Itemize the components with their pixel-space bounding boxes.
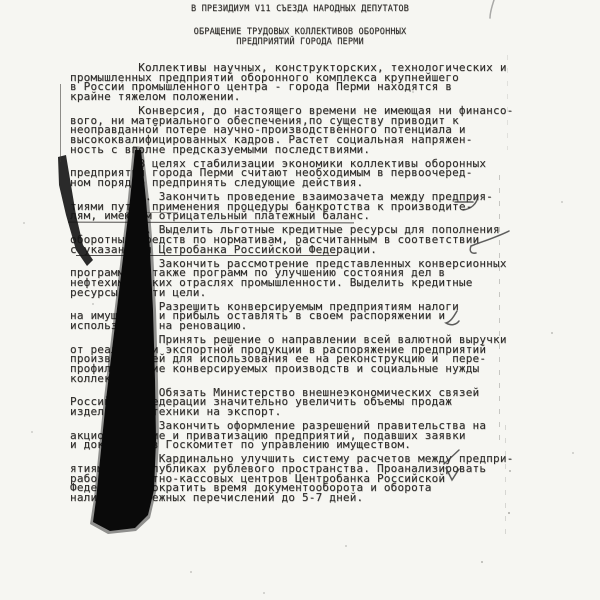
paragraph-item-1: 1. Закончить проведение взаимозачета меж…: [70, 192, 600, 221]
paragraph-item-4: 4. Разрешить конверсируемым предприятиям…: [70, 302, 600, 331]
paragraph-intro-3: В целях стабилизации экономики коллектив…: [70, 159, 600, 188]
paragraph-item-3: 3. Закончить рассмотрение представленных…: [70, 259, 600, 298]
document-body: Коллективы научных, конструкторских, тех…: [0, 63, 600, 507]
paragraph-intro-2: Конверсия, до настоящего времени не имею…: [70, 106, 600, 155]
paragraph-intro-1: Коллективы научных, конструкторских, тех…: [70, 63, 600, 102]
paragraph-item-6: 6. Обязать Министерство внешнеэкономичес…: [70, 388, 600, 417]
page-subtitle-line2: ПРЕДПРИЯТИЙ ГОРОДА ПЕРМИ: [0, 38, 600, 48]
paragraph-item-7: 7. Закончить оформление разрешений прави…: [70, 421, 600, 450]
paragraph-item-5: 5. Принять решение о направлении всей ва…: [70, 335, 600, 384]
page-title: В ПРЕЗИДИУМ V11 СЪЕЗДА НАРОДНЫХ ДЕПУТАТО…: [0, 5, 600, 15]
paragraph-item-2: 2. Выделить льготные кредитные ресурсы д…: [70, 225, 600, 254]
paper-speckles: [0, 0, 2, 2]
paragraph-item-8: 8. Кардинально улучшить систему расчетов…: [70, 454, 600, 503]
document-page: В ПРЕЗИДИУМ V11 СЪЕЗДА НАРОДНЫХ ДЕПУТАТО…: [0, 0, 600, 600]
